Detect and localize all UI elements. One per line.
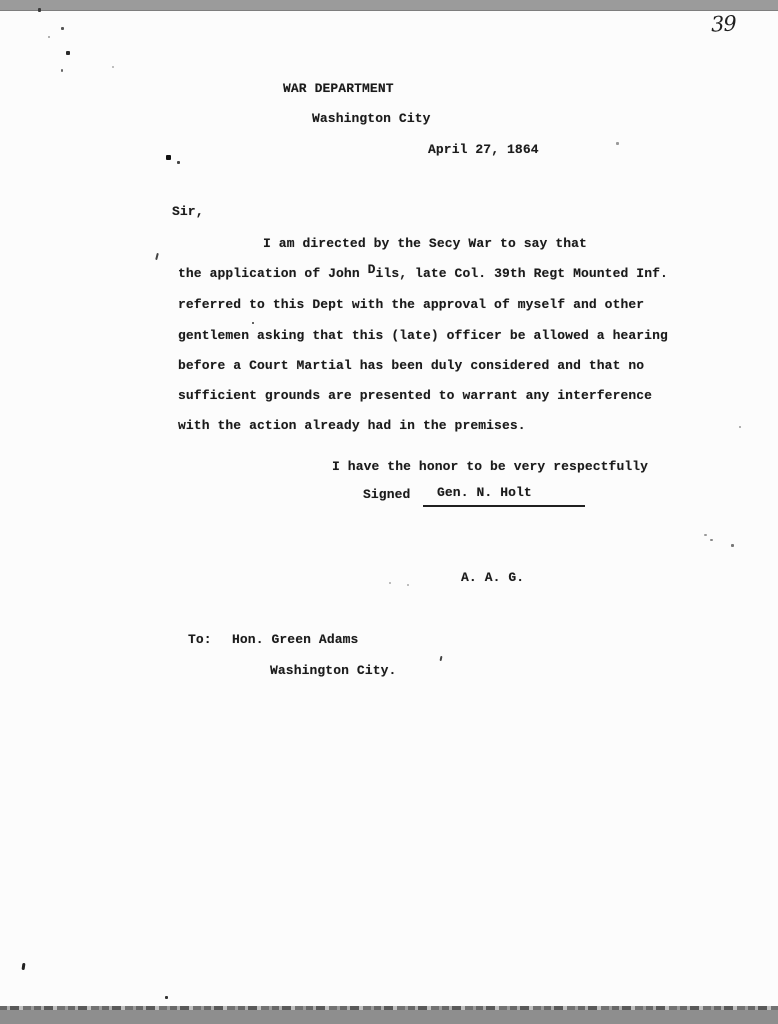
stray-tick-mark: [440, 656, 443, 661]
scan-speck: [739, 426, 741, 428]
scan-speck: [166, 155, 171, 160]
scan-speck: [61, 69, 63, 72]
closing-honor-line: I have the honor to be very respectfully: [332, 459, 648, 475]
addressee-city: Washington City.: [270, 663, 396, 679]
scan-speck: [407, 584, 409, 586]
body-line-2-superscript: D: [368, 262, 376, 277]
scan-speck: [704, 534, 707, 536]
scan-speck: [48, 36, 50, 38]
signed-label: Signed: [363, 487, 410, 503]
scan-speck: [38, 8, 41, 12]
scanned-letter-page: 39 WAR DEPARTMENT Washington City April …: [0, 0, 778, 1024]
scan-speck: [389, 582, 391, 584]
body-line-2-post: ils, late Col. 39th Regt Mounted Inf.: [376, 266, 668, 281]
scan-speck: [61, 27, 64, 30]
salutation: Sir,: [172, 204, 204, 220]
letterhead-city: Washington City: [312, 111, 431, 127]
signature-name: Gen. N. Holt: [437, 485, 532, 501]
addressee-to-label: To:: [188, 632, 212, 648]
scan-speck: [731, 544, 734, 547]
addressee-name: Hon. Green Adams: [232, 632, 358, 648]
scan-speck: [112, 66, 114, 68]
scan-speck: [710, 539, 713, 541]
body-line-3: referred to this Dept with the approval …: [178, 297, 644, 313]
signer-title: A. A. G.: [461, 570, 524, 586]
scanner-edge-bottom: [0, 1010, 778, 1024]
body-line-6: sufficient grounds are presented to warr…: [178, 388, 652, 404]
body-line-4: gentlemen asking that this (late) office…: [178, 328, 668, 344]
body-line-5: before a Court Martial has been duly con…: [178, 358, 644, 374]
letter-date: April 27, 1864: [428, 142, 539, 158]
scanner-edge-top: [0, 0, 778, 11]
letterhead-department: WAR DEPARTMENT: [283, 81, 394, 97]
scan-speck: [66, 51, 70, 55]
body-line-1: I am directed by the Secy War to say tha…: [263, 236, 587, 252]
stray-apostrophe-mark: [155, 253, 159, 260]
body-line-2-pre: the application of John: [178, 266, 368, 281]
scan-speck: [616, 142, 619, 145]
body-line-2: the application of John Dils, late Col. …: [178, 266, 668, 282]
scan-speck: [177, 161, 180, 164]
scan-speck: [252, 322, 254, 324]
stray-comma-mark: [22, 963, 26, 970]
signature-underline: [423, 505, 585, 507]
handwritten-page-number: 39: [710, 11, 736, 36]
scan-speck: [165, 996, 168, 999]
body-line-7: with the action already had in the premi…: [178, 418, 526, 434]
